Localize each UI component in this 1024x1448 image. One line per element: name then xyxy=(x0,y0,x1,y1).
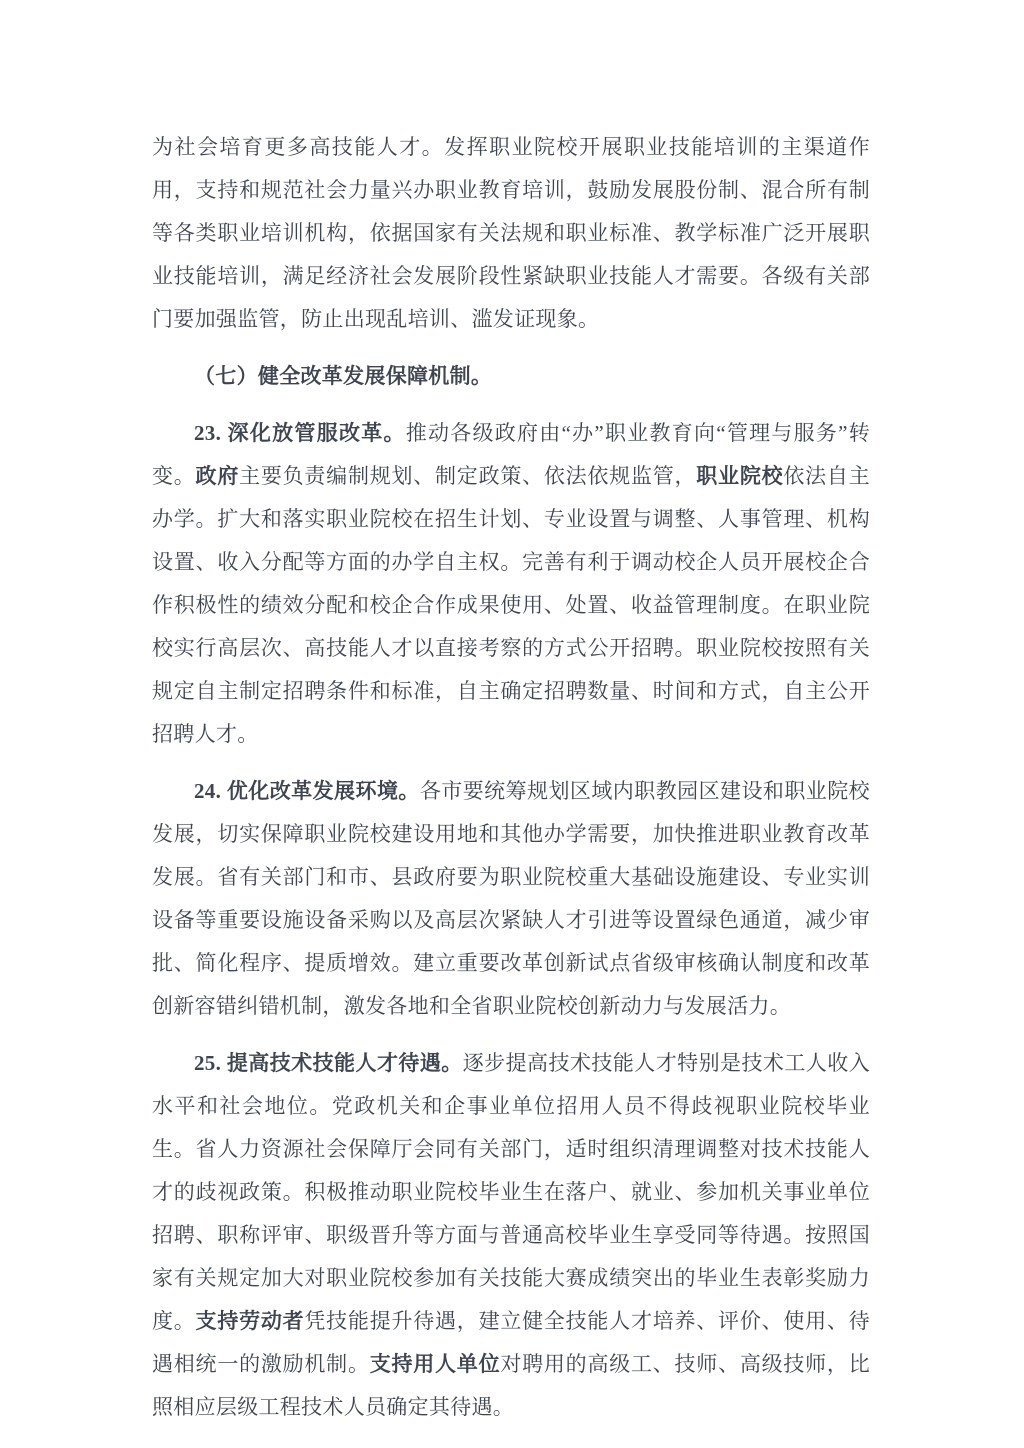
paragraph: 为社会培育更多高技能人才。发挥职业院校开展职业技能培训的主渠道作用，支持和规范社… xyxy=(152,126,870,341)
document-page: 为社会培育更多高技能人才。发挥职业院校开展职业技能培训的主渠道作用，支持和规范社… xyxy=(0,0,1024,1448)
bold-text-run: 支持用人单位 xyxy=(370,1352,501,1376)
bold-text-run: 政府 xyxy=(196,464,240,488)
bold-text-run: 25. 提高技术技能人才待遇。 xyxy=(194,1051,463,1075)
paragraph: 24. 优化改革发展环境。各市要统筹规划区域内职教园区建设和职业院校发展，切实保… xyxy=(152,770,870,1028)
bold-text-run: （七）健全改革发展保障机制。 xyxy=(194,364,492,388)
section-heading: （七）健全改革发展保障机制。 xyxy=(152,355,870,398)
bold-text-run: 23. 深化放管服改革。 xyxy=(194,421,406,445)
text-run: 主要负责编制规划、制定政策、依法依规监管， xyxy=(239,464,696,488)
bold-text-run: 24. 优化改革发展环境。 xyxy=(194,779,420,803)
bold-text-run: 支持劳动者 xyxy=(196,1309,305,1333)
text-run: 逐步提高技术技能人才特别是技术工人收入水平和社会地位。党政机关和企事业单位招用人… xyxy=(152,1051,870,1333)
document-content: 为社会培育更多高技能人才。发挥职业院校开展职业技能培训的主渠道作用，支持和规范社… xyxy=(152,126,870,1429)
bold-text-run: 职业院校 xyxy=(696,464,783,488)
text-run: 为社会培育更多高技能人才。发挥职业院校开展职业技能培训的主渠道作用，支持和规范社… xyxy=(152,135,870,331)
text-run: 依法自主办学。扩大和落实职业院校在招生计划、专业设置与调整、人事管理、机构设置、… xyxy=(152,464,870,746)
text-run: 各市要统筹规划区域内职教园区建设和职业院校发展，切实保障职业院校建设用地和其他办… xyxy=(152,779,870,1018)
paragraph: 23. 深化放管服改革。推动各级政府由“办”职业教育向“管理与服务”转变。政府主… xyxy=(152,412,870,756)
paragraph: 25. 提高技术技能人才待遇。逐步提高技术技能人才特别是技术工人收入水平和社会地… xyxy=(152,1042,870,1429)
